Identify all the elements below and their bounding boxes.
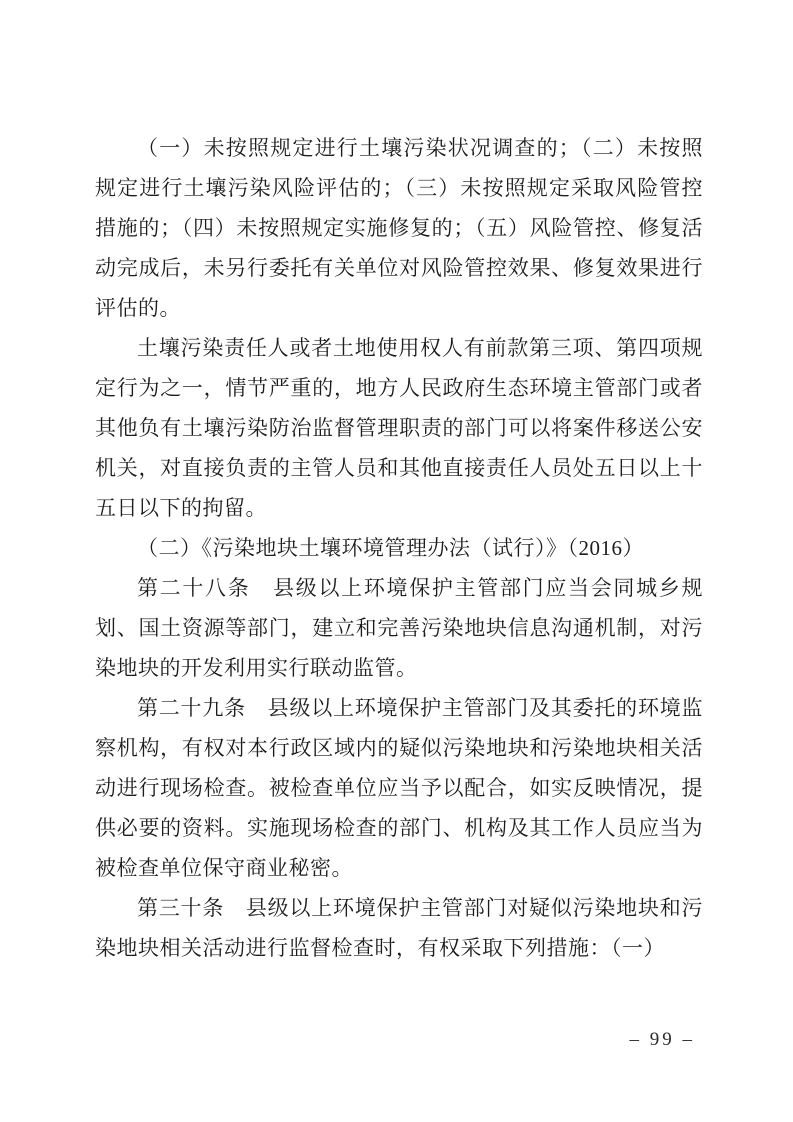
document-body: （一）未按照规定进行土壤污染状况调查的；（二）未按照规定进行土壤污染风险评估的；… bbox=[95, 128, 703, 968]
paragraph-article-30: 第三十条 县级以上环境保护主管部门对疑似污染地块和污染地块相关活动进行监督检查时… bbox=[95, 888, 703, 968]
page-number: – 99 – bbox=[630, 1026, 696, 1054]
paragraph-article-28: 第二十八条 县级以上环境保护主管部门应当会同城乡规划、国土资源等部门，建立和完善… bbox=[95, 568, 703, 688]
document-page: （一）未按照规定进行土壤污染状况调查的；（二）未按照规定进行土壤污染风险评估的；… bbox=[0, 0, 793, 1122]
paragraph-regulation-title: （二）《污染地块土壤环境管理办法（试行）》（2016） bbox=[95, 528, 703, 568]
paragraph-detention-clause: 土壤污染责任人或者土地使用权人有前款第三项、第四项规定行为之一，情节严重的，地方… bbox=[95, 328, 703, 528]
paragraph-penalty-items: （一）未按照规定进行土壤污染状况调查的；（二）未按照规定进行土壤污染风险评估的；… bbox=[95, 128, 703, 328]
paragraph-article-29: 第二十九条 县级以上环境保护主管部门及其委托的环境监察机构，有权对本行政区域内的… bbox=[95, 688, 703, 888]
